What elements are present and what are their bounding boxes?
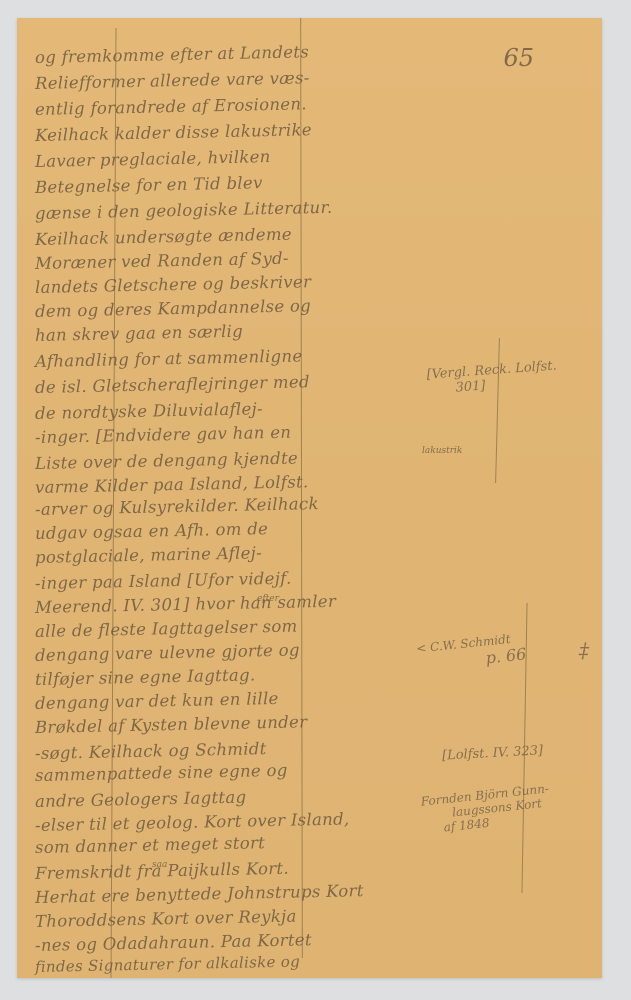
- text-line: Herhat ere benyttede Johnstrups Kort: [35, 881, 364, 907]
- text-line: varme Kilder paa Island, Lolfst.: [35, 472, 309, 497]
- text-line: -inger paa Island [Ufor videjf.: [35, 569, 292, 593]
- margin-rule-note-1: [495, 338, 500, 483]
- margin-note: < C.W. Schmidt p. 66: [416, 630, 528, 674]
- text-line: -arver og Kulsyrekilder. Keilhack: [35, 494, 319, 519]
- text-line: tilføjer sine egne Iagttag.: [35, 665, 256, 689]
- margin-note: [Lolfst. IV. 323]: [442, 743, 544, 763]
- text-line: Meerend. IV. 301] hvor han samler: [35, 592, 336, 617]
- text-line: landets Gletschere og beskriver: [35, 272, 312, 297]
- text-line: sammenpattede sine egne og: [35, 761, 288, 785]
- text-line: dem og deres Kampdannelse og: [35, 296, 311, 321]
- text-line: Lavaer preglaciale, hvilken: [35, 147, 271, 171]
- margin-note-text: 301]: [455, 379, 486, 396]
- text-line: Thoroddsens Kort over Reykja: [35, 907, 297, 931]
- text-line: de nordtyske Diluvialaflej-: [35, 399, 263, 423]
- text-line: alle de fleste Iagttagelser som: [35, 617, 298, 641]
- margin-note-text: [Lolfst. IV. 323]: [442, 743, 544, 763]
- interlinear-note: saa: [152, 860, 167, 870]
- text-line: dengang var det kun en lille: [35, 689, 279, 713]
- text-line: Betegnelse for en Tid blev: [35, 173, 263, 197]
- text-line: entlig forandrede af Erosionen.: [35, 94, 307, 119]
- text-line: findes Signaturer for alkaliske og: [35, 952, 300, 976]
- text-line: andre Geologers Iagttag: [35, 788, 247, 811]
- text-line: han skrev gaa en særlig: [35, 322, 243, 345]
- text-line: Afhandling for at sammenligne: [35, 346, 303, 371]
- text-line: -søgt. Keilhack og Schmidt: [35, 739, 267, 763]
- text-line: Brøkdel af Kysten blevne under: [35, 712, 308, 737]
- manuscript-page: 65 og fremkomme efter at Landets Relieff…: [17, 18, 602, 978]
- text-line: og fremkomme efter at Landets: [35, 42, 309, 67]
- text-line: Moræner ved Randen af Syd-: [35, 249, 289, 273]
- interlinear-note: lakustrik: [422, 446, 462, 456]
- margin-note: [Vergl. Reck. Lolfst. 301]: [426, 358, 558, 397]
- text-line: Liste over de dengang kjendte: [35, 448, 298, 473]
- page-number: 65: [503, 44, 534, 72]
- text-line: som danner et meget stort: [35, 833, 266, 857]
- text-line: -inger. [Endvidere gav han en: [35, 423, 292, 447]
- margin-note-text: [Vergl. Reck. Lolfst.: [426, 358, 557, 382]
- text-line: -nes og Odadahraun. Paa Kortet: [35, 930, 312, 955]
- text-line: postglaciale, marine Aflej-: [35, 543, 262, 567]
- margin-note: Fornden Björn Gunn- laugssons Kort af 18…: [420, 781, 552, 836]
- text-line: gænse i den geologiske Litteratur.: [35, 198, 333, 223]
- text-line: Reliefformer allerede vare væs-: [35, 68, 310, 93]
- text-line: dengang vare ulevne gjorte og: [35, 640, 300, 665]
- margin-note-text: af 1848: [443, 816, 490, 835]
- dagger-mark: ‡: [579, 638, 589, 662]
- text-line: Keilhack kalder disse lakustrike: [35, 120, 312, 145]
- margin-note-text: p. 66: [485, 644, 528, 667]
- text-line: Keilhack undersøgte ændeme: [35, 225, 292, 249]
- interlinear-note: efter: [257, 594, 279, 604]
- text-line: de isl. Gletscheraflejringer med: [35, 372, 310, 397]
- text-line: udgav ogsaa en Afh. om de: [35, 519, 269, 543]
